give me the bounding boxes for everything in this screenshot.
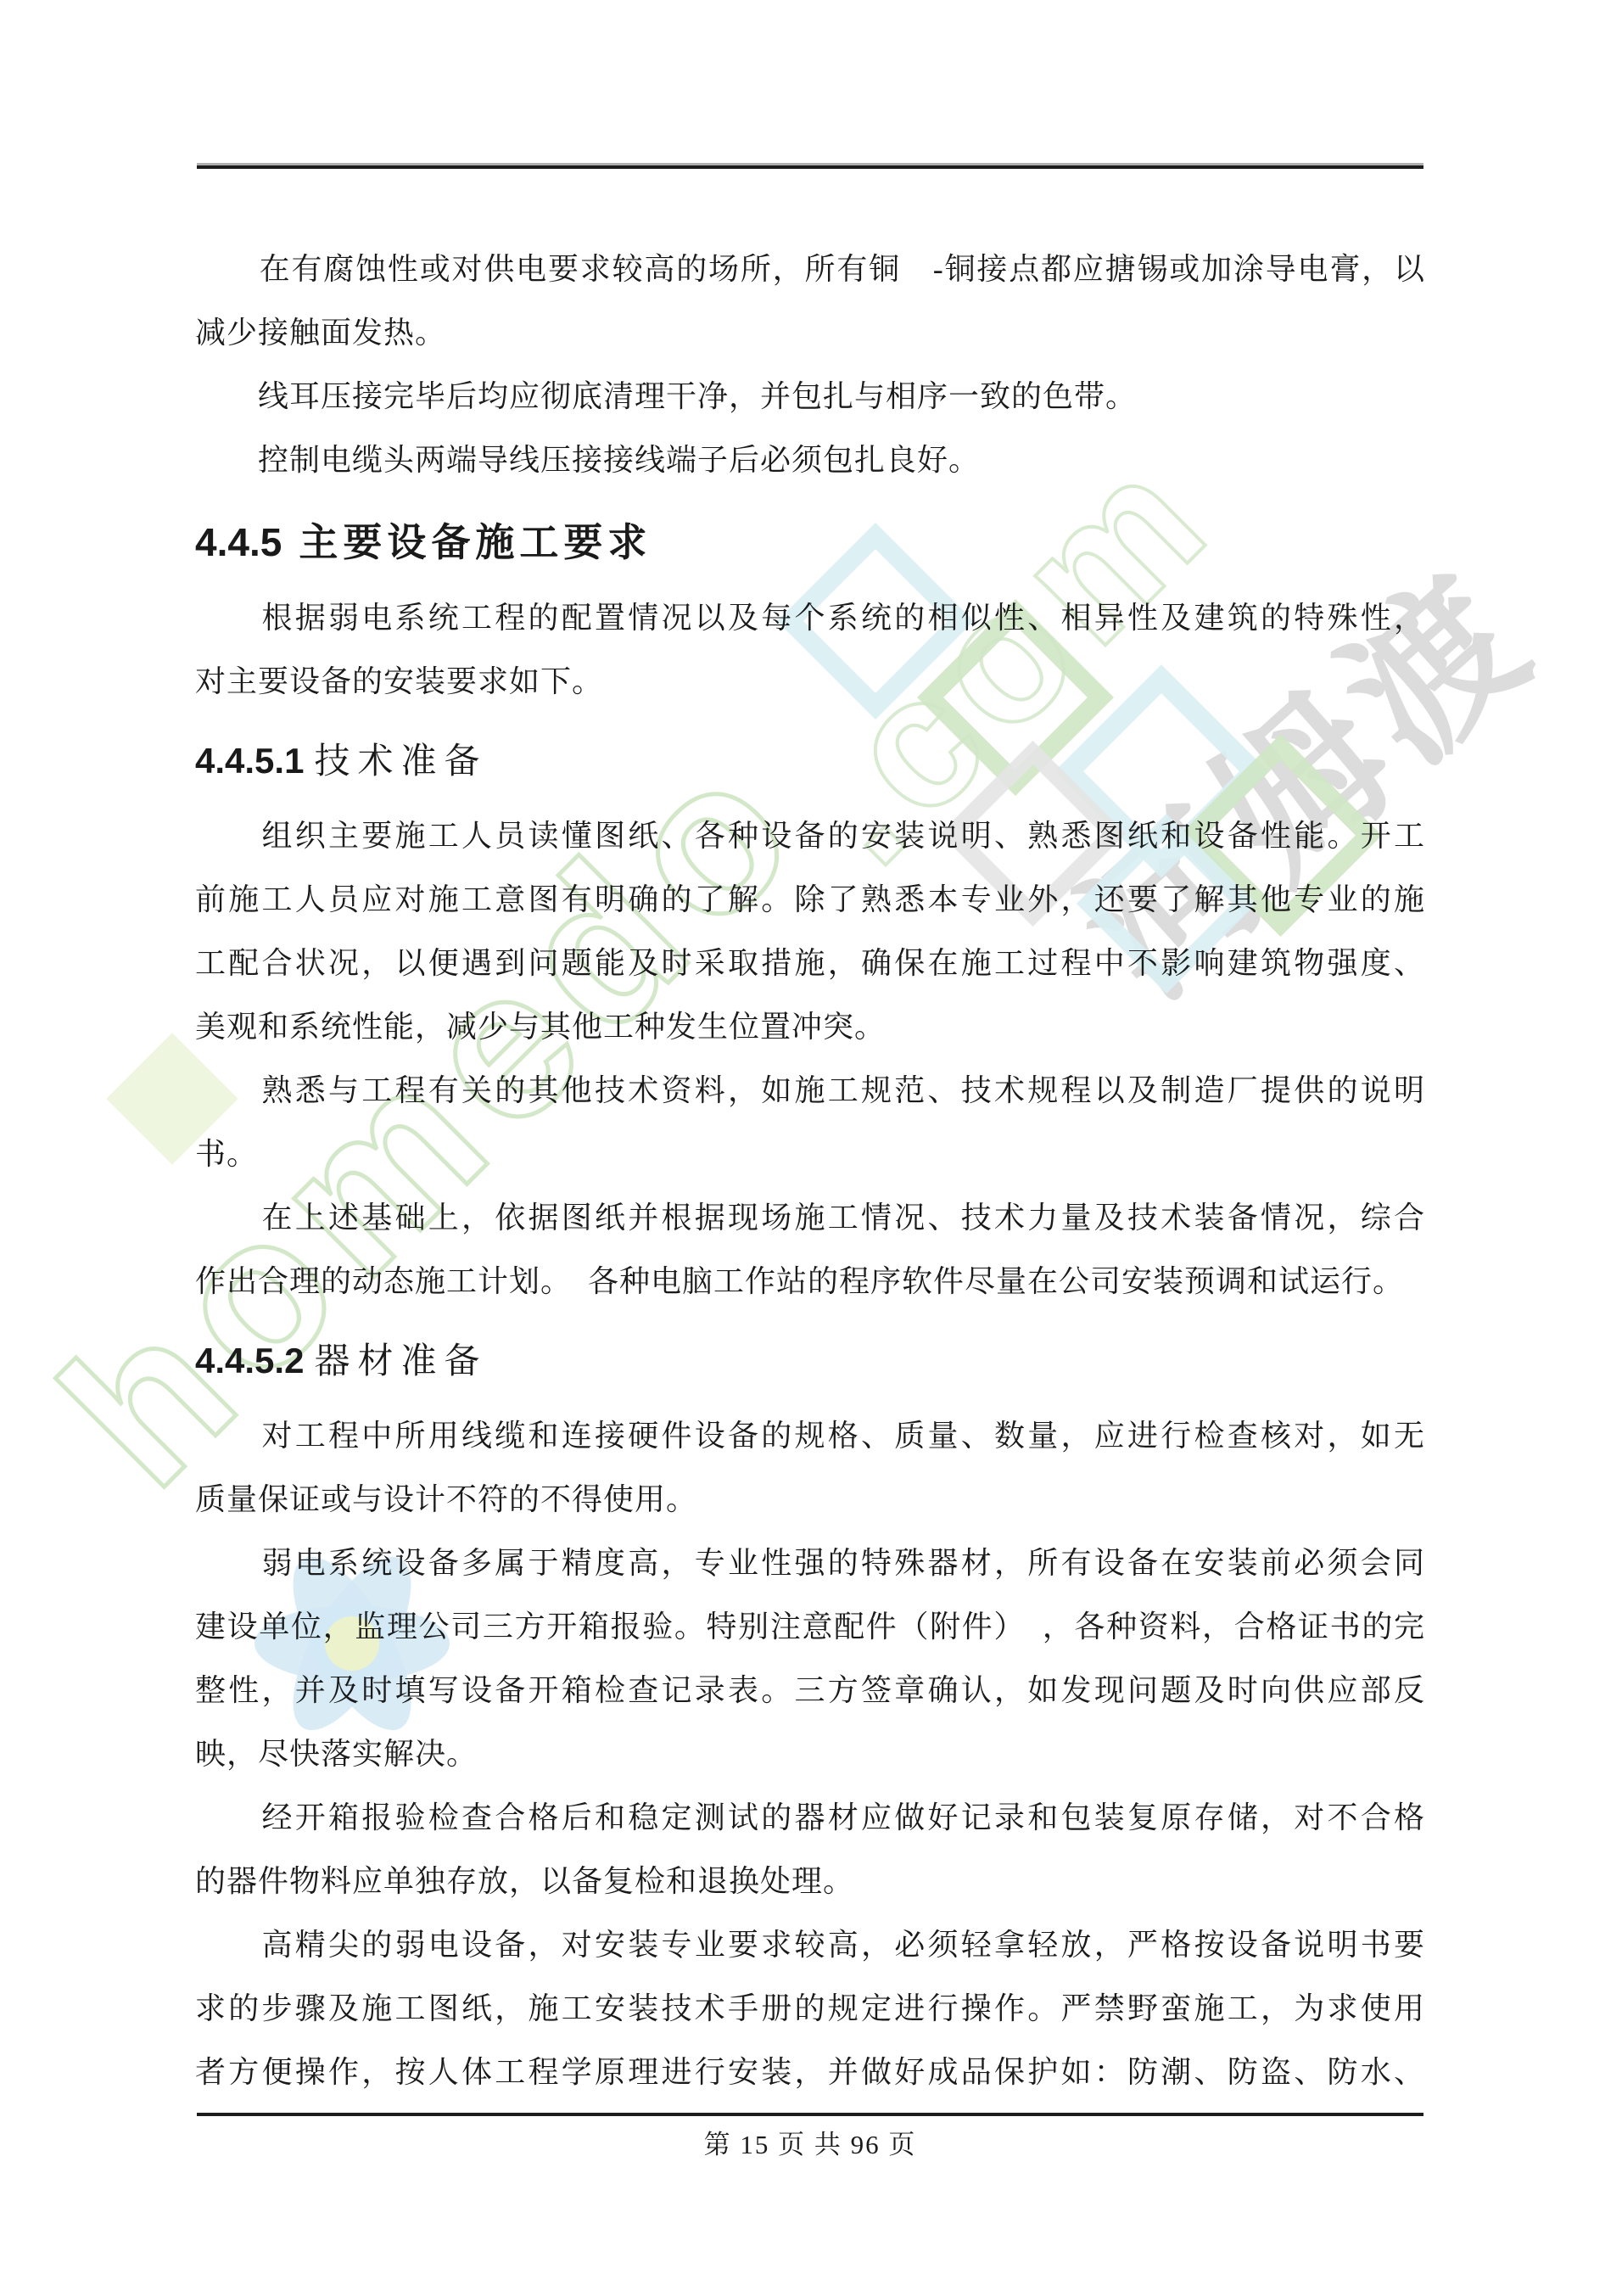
text-line: 作出合理的动态施工计划。 各种电脑工作站的程序软件尽量在公司安装预调和试运行。: [195, 1250, 1425, 1313]
paragraph: 对工程中所用线缆和连接硬件设备的规格、质量、数量，应进行检查核对，如无质量保证或…: [195, 1404, 1425, 1532]
text-line: 熟悉与工程有关的其他技术资料，如施工规范、技术规程以及制造厂提供的说明: [195, 1059, 1425, 1123]
text-line: 对主要设备的安装要求如下。: [195, 650, 1425, 714]
text-line: 组织主要施工人员读懂图纸、各种设备的安装说明、熟悉图纸和设备性能。开工: [195, 804, 1425, 868]
document-page: 河姆渡 homedo .com 在有腐蚀性或对供电要求较高的场所，所有铜 -铜接…: [0, 0, 1622, 2296]
text-line: 在上述基础上，依据图纸并根据现场施工情况、技术力量及技术装备情况，综合: [195, 1186, 1425, 1250]
paragraph: 根据弱电系统工程的配置情况以及每个系统的相似性、相异性及建筑的特殊性，对主要设备…: [195, 586, 1425, 714]
text-line: 质量保证或与设计不符的不得使用。: [195, 1468, 1425, 1532]
page-number: 第 15 页 共 96 页: [197, 2120, 1423, 2170]
text-line: 美观和系统性能，减少与其他工种发生位置冲突。: [195, 995, 1425, 1059]
text-line: 经开箱报验检查合格后和稳定测试的器材应做好记录和包装复原存储，对不合格: [195, 1786, 1425, 1850]
section-heading: 4.4.5主要设备施工要求: [195, 506, 1425, 580]
text-line: 工配合状况，以便遇到问题能及时采取措施，确保在施工过程中不影响建筑物强度、: [195, 932, 1425, 995]
paragraph: 组织主要施工人员读懂图纸、各种设备的安装说明、熟悉图纸和设备性能。开工前施工人员…: [195, 804, 1425, 1059]
footer-rule: [197, 2113, 1423, 2116]
section-heading: 4.4.5.1技术准备: [195, 725, 1425, 798]
text-line: 弱电系统设备多属于精度高，专业性强的特殊器材，所有设备在安装前必须会同: [195, 1532, 1425, 1595]
heading-text: 主要设备施工要求: [299, 521, 652, 564]
text-line: 线耳压接完毕后均应彻底清理干净，并包扎与相序一致的色带。: [195, 365, 1425, 428]
text-line: 前施工人员应对施工意图有明确的了解。除了熟悉本专业外，还要了解其他专业的施: [195, 868, 1425, 932]
paragraph: 在上述基础上，依据图纸并根据现场施工情况、技术力量及技术装备情况，综合作出合理的…: [195, 1186, 1425, 1313]
text-line: 根据弱电系统工程的配置情况以及每个系统的相似性、相异性及建筑的特殊性，: [195, 586, 1425, 650]
paragraph: 在有腐蚀性或对供电要求较高的场所，所有铜 -铜接点都应搪锡或加涂导电膏，以减少接…: [195, 238, 1425, 365]
text-line: 求的步骤及施工图纸，施工安装技术手册的规定进行操作。严禁野蛮施工，为求使用: [195, 1977, 1425, 2041]
text-line: 在有腐蚀性或对供电要求较高的场所，所有铜 -铜接点都应搪锡或加涂导电膏，以: [195, 238, 1425, 301]
text-line: 书。: [195, 1123, 1425, 1186]
paragraph: 弱电系统设备多属于精度高，专业性强的特殊器材，所有设备在安装前必须会同建设单位，…: [195, 1532, 1425, 1786]
heading-text: 技术准备: [314, 742, 487, 781]
heading-number: 4.4.5.1: [195, 741, 304, 781]
header-rule: [197, 165, 1423, 169]
text-line: 整性，并及时填写设备开箱检查记录表。三方签章确认，如发现问题及时向供应部反: [195, 1659, 1425, 1722]
paragraph: 线耳压接完毕后均应彻底清理干净，并包扎与相序一致的色带。: [195, 365, 1425, 428]
heading-number: 4.4.5: [195, 520, 282, 564]
text-line: 控制电缆头两端导线压接接线端子后必须包扎良好。: [195, 428, 1425, 492]
paragraph: 控制电缆头两端导线压接接线端子后必须包扎良好。: [195, 428, 1425, 492]
text-line: 高精尖的弱电设备，对安装专业要求较高，必须轻拿轻放，严格按设备说明书要: [195, 1913, 1425, 1977]
text-line: 映，尽快落实解决。: [195, 1722, 1425, 1786]
paragraph: 高精尖的弱电设备，对安装专业要求较高，必须轻拿轻放，严格按设备说明书要求的步骤及…: [195, 1913, 1425, 2104]
paragraph: 经开箱报验检查合格后和稳定测试的器材应做好记录和包装复原存储，对不合格的器件物料…: [195, 1786, 1425, 1913]
section-heading: 4.4.5.2器材准备: [195, 1325, 1425, 1397]
text-line: 对工程中所用线缆和连接硬件设备的规格、质量、数量，应进行检查核对，如无: [195, 1404, 1425, 1468]
paragraph: 熟悉与工程有关的其他技术资料，如施工规范、技术规程以及制造厂提供的说明书。: [195, 1059, 1425, 1186]
text-line: 的器件物料应单独存放，以备复检和退换处理。: [195, 1850, 1425, 1913]
text-line: 建设单位，监理公司三方开箱报验。特别注意配件（附件） ，各种资料，合格证书的完: [195, 1595, 1425, 1659]
text-line: 减少接触面发热。: [195, 301, 1425, 365]
text-line: 者方便操作，按人体工程学原理进行安装，并做好成品保护如：防潮、防盗、防水、: [195, 2041, 1425, 2104]
heading-text: 器材准备: [314, 1342, 487, 1381]
document-body: 在有腐蚀性或对供电要求较高的场所，所有铜 -铜接点都应搪锡或加涂导电膏，以减少接…: [195, 238, 1425, 2104]
heading-number: 4.4.5.2: [195, 1341, 304, 1380]
